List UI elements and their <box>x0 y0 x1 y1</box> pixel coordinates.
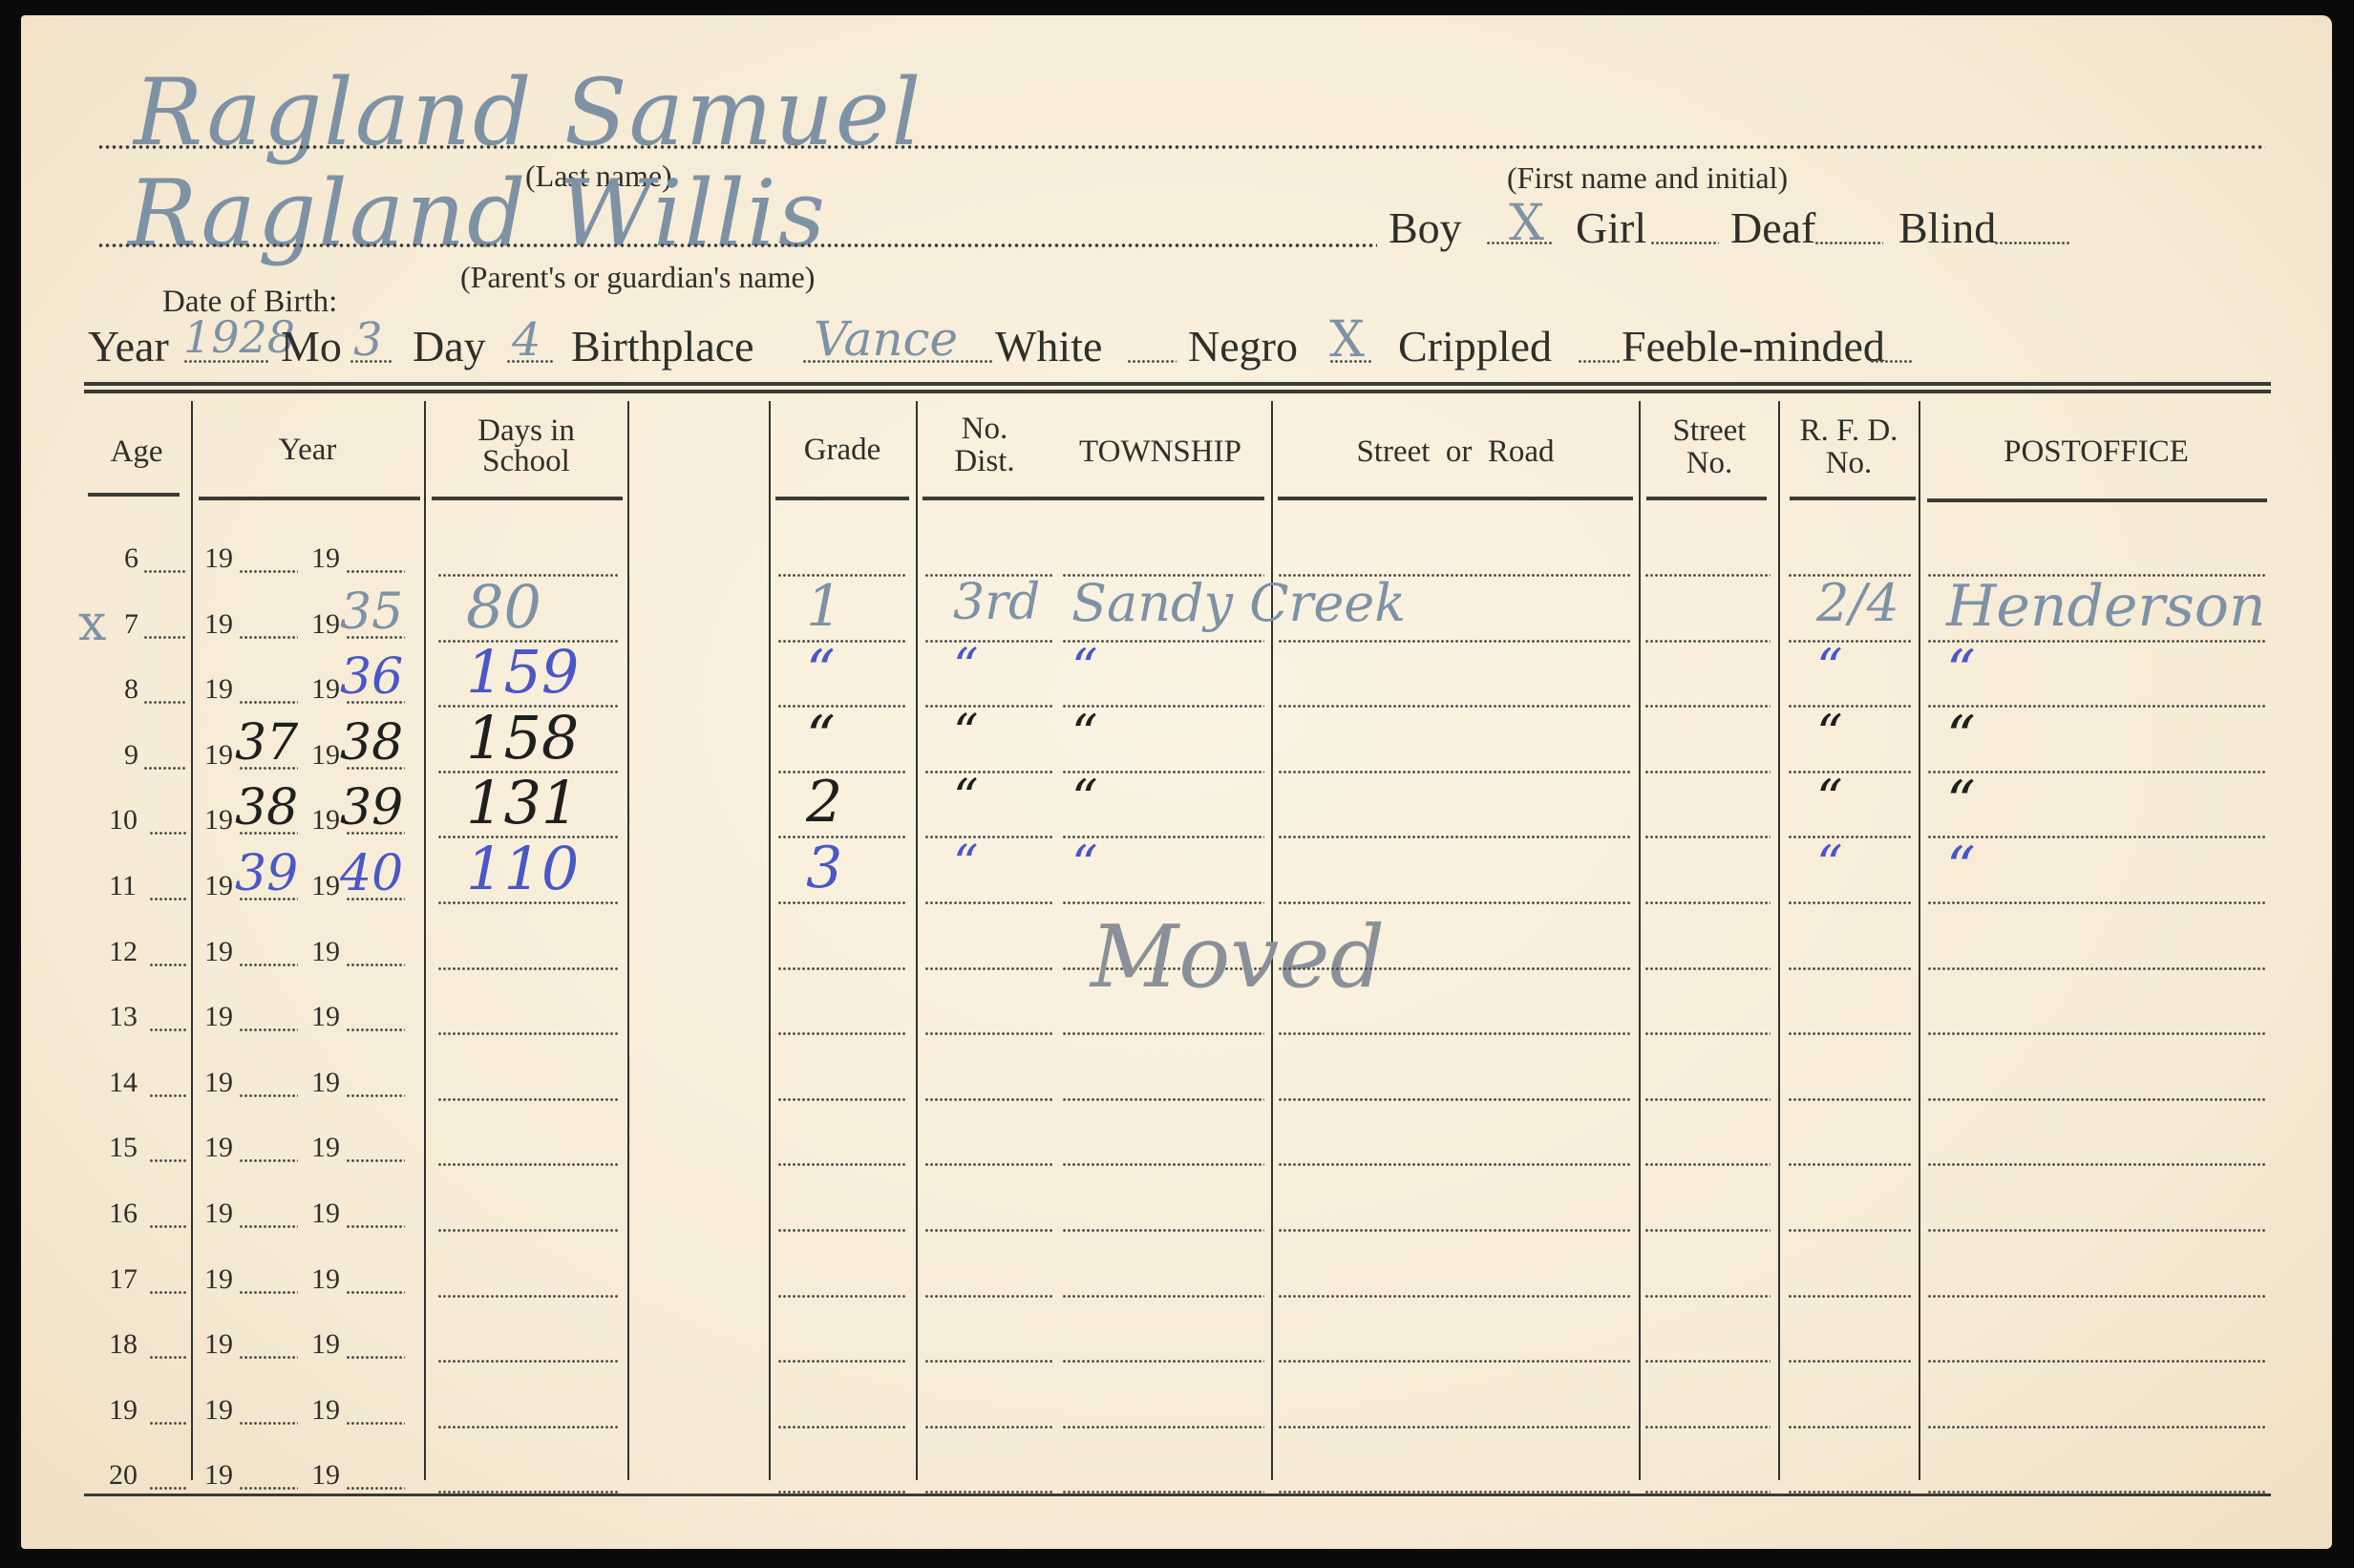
age-field <box>149 1486 187 1491</box>
parent-name-label: (Parent's or guardian's name) <box>460 260 815 295</box>
dist-field[interactable] <box>924 1359 1052 1364</box>
header-rfd-line2: No. <box>1780 447 1918 479</box>
age-field <box>149 1355 187 1360</box>
dist-field[interactable] <box>924 1425 1052 1430</box>
year-from-prefix: 19 <box>204 1067 233 1099</box>
header-township: TOWNSHIP <box>1052 435 1268 468</box>
year-to-field[interactable] <box>346 1486 405 1491</box>
street-field[interactable] <box>1278 770 1631 774</box>
township-value: “ <box>1071 773 1098 825</box>
year-to-field[interactable] <box>346 963 405 967</box>
age-field <box>149 1093 187 1098</box>
age-label: 15 <box>109 1132 138 1164</box>
header-underline <box>432 497 623 500</box>
header-age: Age <box>84 435 189 468</box>
year-from-prefix: 19 <box>204 542 233 575</box>
township-field[interactable] <box>1062 1425 1264 1430</box>
age-field <box>149 1028 187 1032</box>
header-year: Year <box>193 434 422 466</box>
year-from-prefix: 19 <box>204 936 233 968</box>
year-to-prefix: 19 <box>311 608 340 641</box>
township-field[interactable] <box>1062 1031 1264 1036</box>
postoffice-value: “ <box>1946 773 1976 831</box>
rfd-field[interactable] <box>1788 639 1912 644</box>
grade-value: “ <box>806 643 836 700</box>
year-to-prefix: 19 <box>311 1001 340 1033</box>
age-field <box>143 569 187 574</box>
birth-year-value: 1928 <box>183 315 295 359</box>
blind-field[interactable] <box>1994 241 2070 245</box>
days-field[interactable] <box>437 1294 619 1299</box>
days-value: 159 <box>466 643 579 702</box>
col-divider-streetno <box>1778 401 1780 1480</box>
rfd-field[interactable] <box>1788 1294 1912 1299</box>
age-label: 6 <box>124 542 138 575</box>
grade-field[interactable] <box>777 704 907 709</box>
age-label: 8 <box>124 673 138 706</box>
negro-checkmark: X <box>1329 315 1365 365</box>
street-no-field[interactable] <box>1644 835 1771 839</box>
year-from-value: 37 <box>235 718 298 768</box>
street-no-field[interactable] <box>1644 1359 1771 1364</box>
birth-month-value: 3 <box>353 317 383 363</box>
girl-field[interactable] <box>1650 241 1719 245</box>
year-from-field[interactable] <box>239 1093 298 1098</box>
header-underline <box>934 497 1264 500</box>
township-value: “ <box>1071 643 1098 694</box>
postoffice-value: “ <box>1946 839 1976 897</box>
age-field <box>149 897 187 901</box>
year-to-prefix: 19 <box>311 1197 340 1230</box>
birth-day-value: 4 <box>512 317 541 363</box>
col-divider-days <box>627 401 629 1480</box>
girl-label: Girl <box>1576 202 1646 253</box>
year-from-prefix: 19 <box>204 1001 233 1033</box>
col-divider-year <box>424 401 426 1480</box>
negro-label: Negro <box>1188 321 1298 371</box>
street-field[interactable] <box>1278 1294 1631 1299</box>
street-field[interactable] <box>1278 704 1631 709</box>
street-field[interactable] <box>1278 1359 1631 1364</box>
days-field[interactable] <box>437 966 619 971</box>
dist-field[interactable] <box>924 966 1052 971</box>
dist-field[interactable] <box>924 1097 1052 1102</box>
dist-field[interactable] <box>924 639 1052 644</box>
township-value: Moved <box>1091 915 1385 1001</box>
year-to-prefix: 19 <box>311 804 340 837</box>
parent-dotted-line <box>97 243 1377 248</box>
days-field[interactable] <box>437 1359 619 1364</box>
header-dist-line2: Dist. <box>918 445 1051 477</box>
township-field[interactable] <box>1062 1097 1264 1102</box>
header-street-no-line1: Street <box>1641 414 1778 447</box>
street-no-field[interactable] <box>1644 1425 1771 1430</box>
township-field[interactable] <box>1062 901 1264 905</box>
rfd-field[interactable] <box>1788 1359 1912 1364</box>
street-no-field[interactable] <box>1644 1294 1771 1299</box>
year-from-field[interactable] <box>239 1224 298 1229</box>
days-field[interactable] <box>437 1031 619 1036</box>
dist-value: “ <box>953 839 979 889</box>
dist-field[interactable] <box>924 1294 1052 1299</box>
days-field[interactable] <box>437 1425 619 1430</box>
header-street-no-line2: No. <box>1641 447 1778 479</box>
header-rfd-line1: R. F. D. <box>1780 414 1918 447</box>
year-from-field[interactable] <box>239 700 298 705</box>
year-to-prefix: 19 <box>311 936 340 968</box>
rfd-field[interactable] <box>1788 835 1912 839</box>
header-underline <box>88 493 180 497</box>
year-to-value: 38 <box>340 718 403 768</box>
birth-day-label: Day <box>413 321 486 371</box>
street-no-field[interactable] <box>1644 966 1771 971</box>
days-field[interactable] <box>437 1097 619 1102</box>
age-label: 7 <box>124 608 138 641</box>
year-from-prefix: 19 <box>204 1197 233 1230</box>
street-no-field[interactable] <box>1644 1097 1771 1102</box>
boy-label: Boy <box>1389 202 1462 253</box>
year-to-prefix: 19 <box>311 673 340 706</box>
postoffice-value: “ <box>1946 643 1976 700</box>
year-to-prefix: 19 <box>311 1132 340 1164</box>
grade-field[interactable] <box>777 1031 907 1036</box>
age-field <box>149 1224 187 1229</box>
age-label: 12 <box>109 936 138 968</box>
header-street-road: Street or Road <box>1273 435 1638 468</box>
col-divider-street <box>1639 401 1641 1480</box>
deaf-field[interactable] <box>1814 241 1883 245</box>
age-field <box>149 1290 187 1295</box>
year-to-field[interactable] <box>346 1355 405 1360</box>
dist-field[interactable] <box>924 835 1052 839</box>
year-to-prefix: 19 <box>311 542 340 575</box>
year-to-prefix: 19 <box>311 1067 340 1099</box>
postoffice-value: “ <box>1946 709 1976 766</box>
rfd-value: “ <box>1816 773 1843 825</box>
year-from-field[interactable] <box>239 1486 298 1491</box>
header-underline <box>1646 497 1767 500</box>
street-no-field[interactable] <box>1644 770 1771 774</box>
grade-field[interactable] <box>777 1294 907 1299</box>
age-field <box>149 1421 187 1426</box>
header-underline <box>1278 497 1633 500</box>
grade-field[interactable] <box>777 1425 907 1430</box>
street-field[interactable] <box>1278 966 1631 971</box>
age-label: 16 <box>109 1197 138 1230</box>
dist-value: 3rd <box>953 578 1040 627</box>
grade-value: 2 <box>806 773 842 831</box>
rfd-field[interactable] <box>1788 966 1912 971</box>
year-to-field[interactable] <box>346 1224 405 1229</box>
year-to-prefix: 19 <box>311 1459 340 1492</box>
grade-field[interactable] <box>777 1228 907 1233</box>
street-no-field[interactable] <box>1644 1228 1771 1233</box>
year-to-field[interactable] <box>346 569 405 574</box>
street-field[interactable] <box>1278 1097 1631 1102</box>
dist-field[interactable] <box>924 1162 1052 1167</box>
rfd-field[interactable] <box>1788 901 1912 905</box>
footer-rule <box>84 1494 2271 1496</box>
township-field[interactable] <box>1062 1228 1264 1233</box>
postoffice-field[interactable] <box>1927 1031 2267 1036</box>
dist-value: “ <box>953 773 979 823</box>
grade-value: 3 <box>806 839 842 897</box>
street-no-field[interactable] <box>1644 1162 1771 1167</box>
rfd-value: “ <box>1816 709 1843 760</box>
postoffice-field[interactable] <box>1927 966 2267 971</box>
grade-value: 1 <box>806 578 842 635</box>
white-label: White <box>995 321 1102 371</box>
boy-checkmark: X <box>1509 199 1544 248</box>
rfd-field[interactable] <box>1788 1162 1912 1167</box>
street-no-field[interactable] <box>1644 901 1771 905</box>
township-value: Sandy Creek <box>1071 578 1406 629</box>
year-to-prefix: 19 <box>311 739 340 772</box>
year-from-prefix: 19 <box>204 870 233 902</box>
age-field <box>143 700 187 705</box>
age-label: 18 <box>109 1328 138 1361</box>
year-from-prefix: 19 <box>204 1328 233 1361</box>
grade-field[interactable] <box>777 966 907 971</box>
days-field[interactable] <box>437 1162 619 1167</box>
col-divider-grade <box>769 401 771 1480</box>
year-from-value: 39 <box>235 849 298 899</box>
postoffice-field[interactable] <box>1927 1359 2267 1364</box>
age-label: 14 <box>109 1067 138 1099</box>
year-from-prefix: 19 <box>204 1132 233 1164</box>
birthplace-value: Vance <box>814 315 958 363</box>
year-to-prefix: 19 <box>311 1263 340 1296</box>
year-to-value: 36 <box>340 652 403 702</box>
year-to-field[interactable] <box>346 1421 405 1426</box>
days-value: 158 <box>466 709 579 768</box>
rfd-field[interactable] <box>1788 1425 1912 1430</box>
postoffice-field[interactable] <box>1927 1228 2267 1233</box>
deaf-label: Deaf <box>1730 202 1815 253</box>
header-underline <box>1790 497 1916 500</box>
days-value: 80 <box>466 578 541 637</box>
days-field[interactable] <box>437 1228 619 1233</box>
age-field <box>149 963 187 967</box>
postoffice-field[interactable] <box>1927 704 2267 709</box>
rfd-field[interactable] <box>1788 1031 1912 1036</box>
rfd-value: “ <box>1816 643 1843 694</box>
year-from-field[interactable] <box>239 1355 298 1360</box>
birth-year-label: Year <box>88 321 169 371</box>
year-to-value: 39 <box>340 783 403 833</box>
year-from-field[interactable] <box>239 963 298 967</box>
rfd-value: 2/4 <box>1816 578 1899 629</box>
age-field <box>143 635 187 640</box>
township-value: “ <box>1071 709 1098 760</box>
township-value: “ <box>1071 839 1098 891</box>
col-divider-age <box>191 401 193 1480</box>
header-double-rule-bottom <box>84 390 2271 393</box>
days-value: 110 <box>466 839 579 899</box>
year-from-prefix: 19 <box>204 1459 233 1492</box>
rfd-field[interactable] <box>1788 770 1912 774</box>
year-from-prefix: 19 <box>204 608 233 641</box>
grade-field[interactable] <box>777 639 907 644</box>
dist-value: “ <box>953 643 979 692</box>
year-to-prefix: 19 <box>311 870 340 902</box>
header-days-line2: School <box>426 445 626 477</box>
year-to-field[interactable] <box>346 1028 405 1032</box>
birth-month-label: Mo <box>281 321 342 371</box>
birthplace-label: Birthplace <box>571 321 754 371</box>
feeble-minded-field[interactable] <box>1870 359 1914 364</box>
year-to-prefix: 19 <box>311 1328 340 1361</box>
age-label: 13 <box>109 1001 138 1033</box>
year-to-field[interactable] <box>346 1158 405 1163</box>
dist-field[interactable] <box>924 704 1052 709</box>
postoffice-field[interactable] <box>1927 835 2267 839</box>
rfd-field[interactable] <box>1788 704 1912 709</box>
age-field <box>149 831 187 836</box>
grade-field[interactable] <box>777 1097 907 1102</box>
street-field[interactable] <box>1278 1162 1631 1167</box>
rfd-value: “ <box>1816 839 1843 891</box>
header-underline <box>775 497 909 500</box>
header-double-rule-top <box>84 382 2271 386</box>
street-field[interactable] <box>1278 1031 1631 1036</box>
year-to-value: 40 <box>340 849 403 899</box>
rfd-field[interactable] <box>1788 1228 1912 1233</box>
age-label: 17 <box>109 1263 138 1296</box>
header-postoffice: POSTOFFICE <box>1921 435 2271 468</box>
rfd-field[interactable] <box>1788 1097 1912 1102</box>
dist-field[interactable] <box>924 1228 1052 1233</box>
year-from-field[interactable] <box>239 1158 298 1163</box>
age-label: 9 <box>124 739 138 772</box>
year-to-value: 35 <box>340 587 403 637</box>
age-label: 10 <box>109 804 138 837</box>
year-to-field[interactable] <box>346 1290 405 1295</box>
year-from-prefix: 19 <box>204 739 233 772</box>
dist-field[interactable] <box>924 1031 1052 1036</box>
year-from-field[interactable] <box>239 1421 298 1426</box>
postoffice-field[interactable] <box>1927 770 2267 774</box>
township-field[interactable] <box>1062 1359 1264 1364</box>
postoffice-field[interactable] <box>1927 1097 2267 1102</box>
grade-field[interactable] <box>777 1359 907 1364</box>
street-no-field[interactable] <box>1644 639 1771 644</box>
year-from-prefix: 19 <box>204 1263 233 1296</box>
blind-label: Blind <box>1898 202 1996 253</box>
year-to-field[interactable] <box>346 1093 405 1098</box>
age-label: 11 <box>109 870 137 902</box>
feeble-minded-label: Feeble-minded <box>1622 321 1885 371</box>
header-underline <box>199 497 420 500</box>
year-from-prefix: 19 <box>204 1394 233 1427</box>
street-field[interactable] <box>1278 901 1631 905</box>
first-name-label: (First name and initial) <box>1507 160 1788 196</box>
township-field[interactable] <box>1062 1294 1264 1299</box>
row-x-mark: x <box>78 599 106 648</box>
age-label: 19 <box>109 1394 138 1427</box>
days-value: 131 <box>466 773 579 833</box>
year-from-field[interactable] <box>239 1028 298 1032</box>
grade-value: “ <box>806 709 836 766</box>
header-underline <box>1927 498 2267 502</box>
street-field[interactable] <box>1278 1228 1631 1233</box>
crippled-label: Crippled <box>1398 321 1552 371</box>
header-days-line1: Days in <box>426 414 626 447</box>
age-label: 20 <box>109 1459 138 1492</box>
white-field[interactable] <box>1127 359 1177 364</box>
dist-field[interactable] <box>924 901 1052 905</box>
age-field <box>149 1158 187 1163</box>
year-from-prefix: 19 <box>204 804 233 837</box>
col-divider-rfd <box>1919 401 1920 1480</box>
street-no-field[interactable] <box>1644 704 1771 709</box>
year-from-field[interactable] <box>239 569 298 574</box>
year-to-prefix: 19 <box>311 1394 340 1427</box>
name-dotted-line <box>97 144 2265 150</box>
postoffice-field[interactable] <box>1927 1425 2267 1430</box>
street-no-field[interactable] <box>1644 1031 1771 1036</box>
postoffice-field[interactable] <box>1927 901 2267 905</box>
postoffice-field[interactable] <box>1927 1162 2267 1167</box>
postoffice-field[interactable] <box>1927 1294 2267 1299</box>
township-field[interactable] <box>1062 1162 1264 1167</box>
street-no-field[interactable] <box>1644 573 1771 578</box>
school-census-card: Ragland Samuel (Last name) (First name a… <box>21 15 2332 1549</box>
grade-field[interactable] <box>777 1162 907 1167</box>
street-field[interactable] <box>1278 1425 1631 1430</box>
col-divider-dist <box>916 401 918 1480</box>
postoffice-value: Henderson <box>1946 578 2266 635</box>
crippled-field[interactable] <box>1578 359 1622 364</box>
age-field <box>143 766 187 771</box>
grade-field[interactable] <box>777 901 907 905</box>
year-from-prefix: 19 <box>204 673 233 706</box>
street-field[interactable] <box>1278 835 1631 839</box>
dist-field[interactable] <box>924 770 1052 774</box>
year-from-value: 38 <box>235 783 298 833</box>
header-grade: Grade <box>771 434 914 466</box>
year-from-field[interactable] <box>239 1290 298 1295</box>
header-dist-line1: No. <box>918 413 1051 445</box>
dist-value: “ <box>953 709 979 758</box>
street-field[interactable] <box>1278 639 1631 644</box>
year-from-field[interactable] <box>239 635 298 640</box>
